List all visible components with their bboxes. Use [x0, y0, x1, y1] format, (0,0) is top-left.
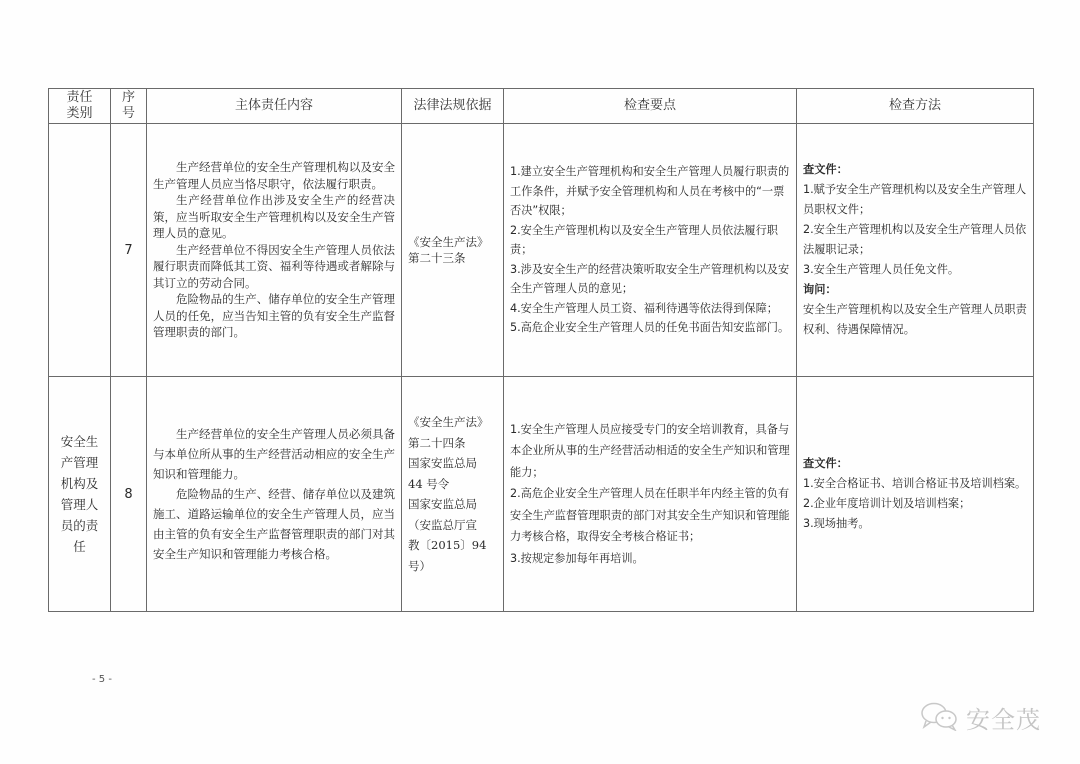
- number-cell: 8: [111, 377, 147, 612]
- method-cell: 查文件： 1.赋予安全生产管理机构以及安全生产管理人员职权文件； 2.安全生产管…: [797, 124, 1034, 377]
- category-cell: [49, 124, 111, 377]
- document-page: 责任类别 序号 主体责任内容 法律法规依据 检查要点 检查方法 7 生产经营单位…: [0, 0, 1080, 764]
- method-cell: 查文件： 1.安全合格证书、培训合格证书及培训档案。 2.企业年度培训计划及培训…: [797, 377, 1034, 612]
- header-points: 检查要点: [504, 89, 797, 124]
- header-content: 主体责任内容: [147, 89, 402, 124]
- header-method: 检查方法: [797, 89, 1034, 124]
- law-cell: 《安全生产法》 第二十三条: [402, 124, 504, 377]
- law-cell: 《安全生产法》 第二十四条 国家安监总局 44 号令 国家安监总局 （安监总厅宣…: [402, 377, 504, 612]
- table-row: 安全生 产管理 机构及 管理人 员的责 任 8 生产经营单位的安全生产管理人员必…: [49, 377, 1034, 612]
- page-number: - 5 -: [92, 674, 112, 685]
- content-cell: 生产经营单位的安全生产管理人员必须具备与本单位所从事的生产经营活动相应的安全生产…: [147, 377, 402, 612]
- content-cell: 生产经营单位的安全生产管理机构以及安全生产管理人员应当恪尽职守，依法履行职责。 …: [147, 124, 402, 377]
- responsibility-table: 责任类别 序号 主体责任内容 法律法规依据 检查要点 检查方法 7 生产经营单位…: [48, 88, 1034, 612]
- category-cell: 安全生 产管理 机构及 管理人 员的责 任: [49, 377, 111, 612]
- header-number: 序号: [111, 89, 147, 124]
- header-law: 法律法规依据: [402, 89, 504, 124]
- wechat-icon: [920, 701, 960, 735]
- header-category: 责任类别: [49, 89, 111, 124]
- watermark: 安全茂: [920, 700, 1041, 735]
- points-cell: 1.建立安全生产管理机构和安全生产管理人员履行职责的工作条件，并赋予安全管理机构…: [504, 124, 797, 377]
- number-cell: 7: [111, 124, 147, 377]
- table-row: 7 生产经营单位的安全生产管理机构以及安全生产管理人员应当恪尽职守，依法履行职责…: [49, 124, 1034, 377]
- watermark-text: 安全茂: [966, 700, 1041, 735]
- table-header-row: 责任类别 序号 主体责任内容 法律法规依据 检查要点 检查方法: [49, 89, 1034, 124]
- points-cell: 1.安全生产管理人员应接受专门的安全培训教育，具备与本企业所从事的生产经营活动相…: [504, 377, 797, 612]
